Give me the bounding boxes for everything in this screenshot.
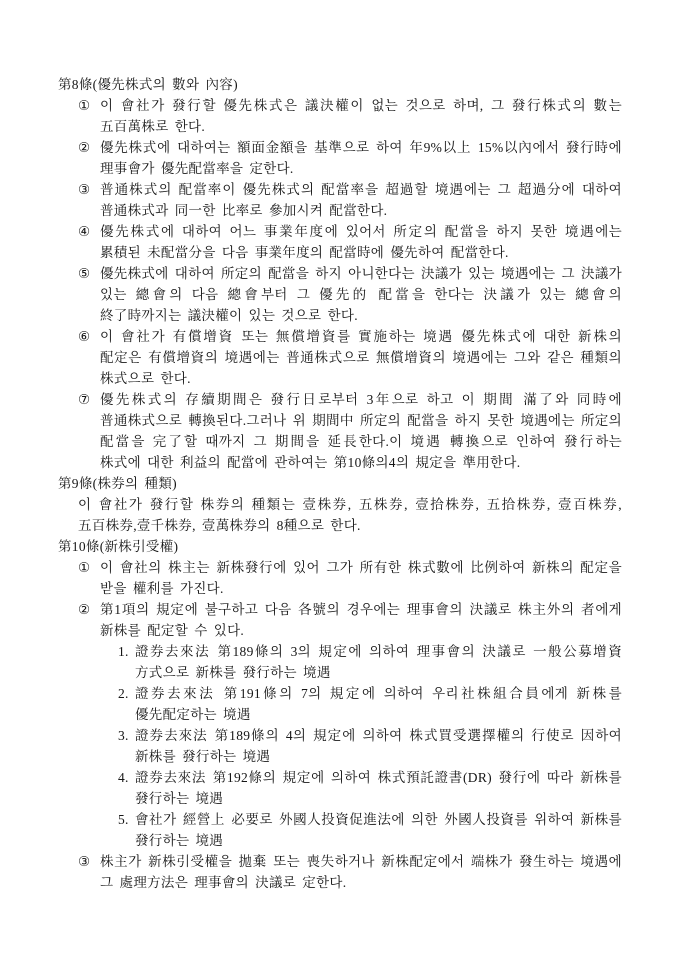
subclause-text: 會社가 經營上 必要로 外國人投資促進法에 의한 外國人投資를 위하여 新株를 … [135, 812, 622, 848]
subclause-text: 證券去來法 第189條의 3의 規定에 의하여 理事會의 決議로 一般公募增資 … [135, 644, 622, 680]
clause-text: 優先株式에 대하여는 額面金額을 基準으로 하여 年9%以上 15%以內에서 發… [100, 140, 622, 176]
clause: ②第1項의 規定에 불구하고 다음 各號의 경우에는 理事會의 決議로 株主外의… [58, 599, 622, 851]
subclause-marker: 5. [118, 809, 129, 830]
subclause: 1.證券去來法 第189條의 3의 規定에 의하여 理事會의 決議로 一般公募增… [118, 641, 622, 683]
clause-marker: ⑥ [78, 326, 90, 347]
clause: ①이 會社가 發行할 優先株式은 議決權이 없는 것으로 하며, 그 發行株式의… [58, 95, 622, 137]
clause: ⑦優先株式의 存續期間은 發行日로부터 3年으로 하고 이 期間 滿了와 同時에… [58, 389, 622, 473]
clause-text: 優先株式에 대하여 어느 事業年度에 있어서 所定의 配當을 하지 못한 境遇에… [100, 224, 622, 260]
clause-text: 이 會社가 有償增資 또는 無償增資를 實施하는 境遇 優先株式에 대한 新株의… [100, 329, 622, 386]
clause: ①이 會社의 株主는 新株發行에 있어 그가 所有한 株式數에 比例하여 新株의… [58, 557, 622, 599]
subclause-marker: 4. [118, 767, 129, 788]
clause-text: 株主가 新株引受權을 拋棄 또는 喪失하거나 新株配定에서 端株가 發生하는 境… [100, 854, 622, 890]
document-page: 第8條(優先株式의 數와 內容)①이 會社가 發行할 優先株式은 議決權이 없는… [0, 0, 680, 962]
article: 第9條(株券의 種類)이 會社가 發行할 株券의 種類는 壹株券, 五株券, 壹… [58, 473, 622, 536]
article-heading: 第10條(新株引受權) [58, 536, 622, 557]
article-heading: 第9條(株券의 種類) [58, 473, 622, 494]
clause-marker: ① [78, 557, 90, 578]
article-body-text: 이 會社가 發行할 株券의 種類는 壹株券, 五株券, 壹拾株券, 五拾株券, … [58, 494, 622, 536]
clause-text: 이 會社의 株主는 新株發行에 있어 그가 所有한 株式數에 比例하여 新株의 … [100, 560, 622, 596]
clause-marker: ⑦ [78, 389, 90, 410]
subclause-text: 證券去來法 第191條의 7의 規定에 의하여 우리社株組合員에게 新株를 優先… [135, 686, 622, 722]
article: 第10條(新株引受權)①이 會社의 株主는 新株發行에 있어 그가 所有한 株式… [58, 536, 622, 893]
subclause: 5.會社가 經營上 必要로 外國人投資促進法에 의한 外國人投資를 위하여 新株… [118, 809, 622, 851]
clause-marker: ④ [78, 221, 90, 242]
subclause-text: 證券去來法 第192條의 規定에 의하여 株式預託證書(DR) 發行에 따라 新… [135, 770, 622, 806]
subclause: 2.證券去來法 第191條의 7의 規定에 의하여 우리社株組合員에게 新株를 … [118, 683, 622, 725]
subclause-marker: 3. [118, 725, 129, 746]
article: 第8條(優先株式의 數와 內容)①이 會社가 發行할 優先株式은 議決權이 없는… [58, 74, 622, 473]
subclause-text: 證券去來法 第189條의 4의 規定에 의하여 株式買受選擇權의 行使로 因하여… [135, 728, 622, 764]
clause-text: 優先株式에 대하여 所定의 配當을 하지 아니한다는 決議가 있는 境遇에는 그… [100, 266, 622, 323]
clause: ②優先株式에 대하여는 額面金額을 基準으로 하여 年9%以上 15%以內에서 … [58, 137, 622, 179]
clause-text: 普通株式의 配當率이 優先株式의 配當率을 超過할 境遇에는 그 超過分에 대하… [100, 182, 622, 218]
subclause: 4.證券去來法 第192條의 規定에 의하여 株式預託證書(DR) 發行에 따라… [118, 767, 622, 809]
subclause-marker: 2. [118, 683, 129, 704]
clause: ③株主가 新株引受權을 拋棄 또는 喪失하거나 新株配定에서 端株가 發生하는 … [58, 851, 622, 893]
clause-marker: ⑤ [78, 263, 90, 284]
clause-marker: ③ [78, 851, 90, 872]
clause-marker: ② [78, 599, 90, 620]
clause: ⑥이 會社가 有償增資 또는 無償增資를 實施하는 境遇 優先株式에 대한 新株… [58, 326, 622, 389]
clause-text: 第1項의 規定에 불구하고 다음 各號의 경우에는 理事會의 決議로 株主外의 … [100, 602, 622, 638]
clause-text: 優先株式의 存續期間은 發行日로부터 3年으로 하고 이 期間 滿了와 同時에 … [100, 392, 622, 470]
clause-text: 이 會社가 發行할 優先株式은 議決權이 없는 것으로 하며, 그 發行株式의 … [100, 98, 622, 134]
clause-marker: ③ [78, 179, 90, 200]
clause: ③普通株式의 配當率이 優先株式의 配當率을 超過할 境遇에는 그 超過分에 대… [58, 179, 622, 221]
clause: ⑤優先株式에 대하여 所定의 配當을 하지 아니한다는 決議가 있는 境遇에는 … [58, 263, 622, 326]
article-heading: 第8條(優先株式의 數와 內容) [58, 74, 622, 95]
clause-marker: ① [78, 95, 90, 116]
document-body: 第8條(優先株式의 數와 內容)①이 會社가 發行할 優先株式은 議決權이 없는… [58, 74, 622, 893]
subclause: 3.證券去來法 第189條의 4의 規定에 의하여 株式買受選擇權의 行使로 因… [118, 725, 622, 767]
clause-marker: ② [78, 137, 90, 158]
clause: ④優先株式에 대하여 어느 事業年度에 있어서 所定의 配當을 하지 못한 境遇… [58, 221, 622, 263]
subclause-marker: 1. [118, 641, 129, 662]
